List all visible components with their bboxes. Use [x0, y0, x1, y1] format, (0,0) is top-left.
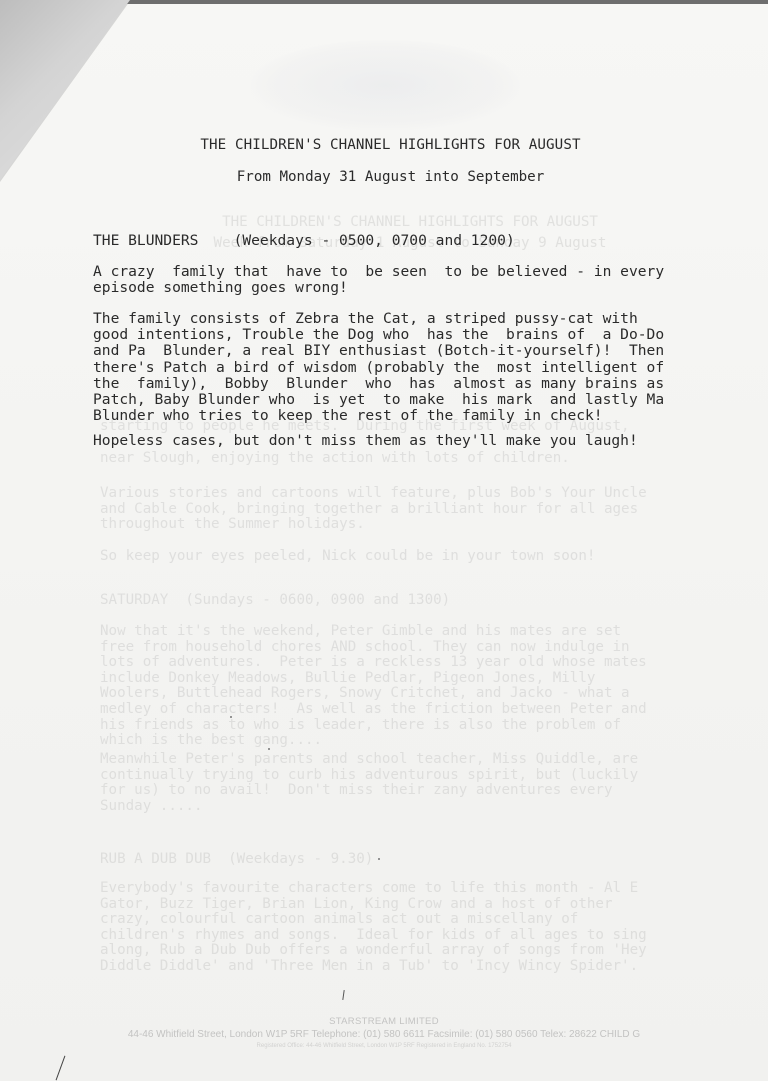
footer-address: 44-46 Whitfield Street, London W1P 5RF T… — [0, 1029, 768, 1040]
section-heading: THE BLUNDERS (Weekdays - 0500, 0700 and … — [93, 232, 515, 249]
show-through-block: near Slough, enjoying the action with lo… — [100, 451, 570, 467]
folded-corner — [0, 0, 130, 180]
footer-company: STARSTREAM LIMITED — [0, 1016, 768, 1027]
channel-logo-show-through — [250, 40, 520, 130]
paragraph: The family consists of Zebra the Cat, a … — [93, 311, 664, 424]
show-through-block: Everybody's favourite characters come to… — [100, 881, 647, 975]
show-through-block: Meanwhile Peter's parents and school tea… — [100, 752, 638, 814]
page-subtitle: From Monday 31 August into September — [93, 169, 688, 185]
show-through-title: THE CHILDREN'S CHANNEL HIGHLIGHTS FOR AU… — [100, 215, 720, 231]
paragraph: A crazy family that have to be seen to b… — [93, 264, 664, 296]
speck — [230, 716, 232, 718]
show-through-block: RUB A DUB DUB (Weekdays - 9.30) — [100, 852, 373, 868]
speck — [268, 748, 270, 750]
show-through-block: Now that it's the weekend, Peter Gimble … — [100, 624, 647, 749]
footer-registered: Registered Office: 44-46 Whitfield Stree… — [0, 1043, 768, 1049]
paragraph: Hopeless cases, but don't miss them as t… — [93, 433, 638, 449]
show-through-text: THE CHILDREN'S CHANNEL HIGHLIGHTS FOR AU… — [100, 0, 720, 1081]
pen-mark — [342, 990, 344, 1000]
show-through-block: So keep your eyes peeled, Nick could be … — [100, 549, 595, 565]
show-through-block: Various stories and cartoons will featur… — [100, 486, 647, 533]
document-page: THE CHILDREN'S CHANNEL HIGHLIGHTS FOR AU… — [0, 0, 768, 1081]
speck — [378, 858, 380, 860]
show-through-block: SATURDAY (Sundays - 0600, 0900 and 1300) — [100, 593, 450, 609]
page-top-edge — [110, 0, 768, 4]
page-title: THE CHILDREN'S CHANNEL HIGHLIGHTS FOR AU… — [93, 137, 688, 153]
pen-mark — [56, 1056, 66, 1081]
